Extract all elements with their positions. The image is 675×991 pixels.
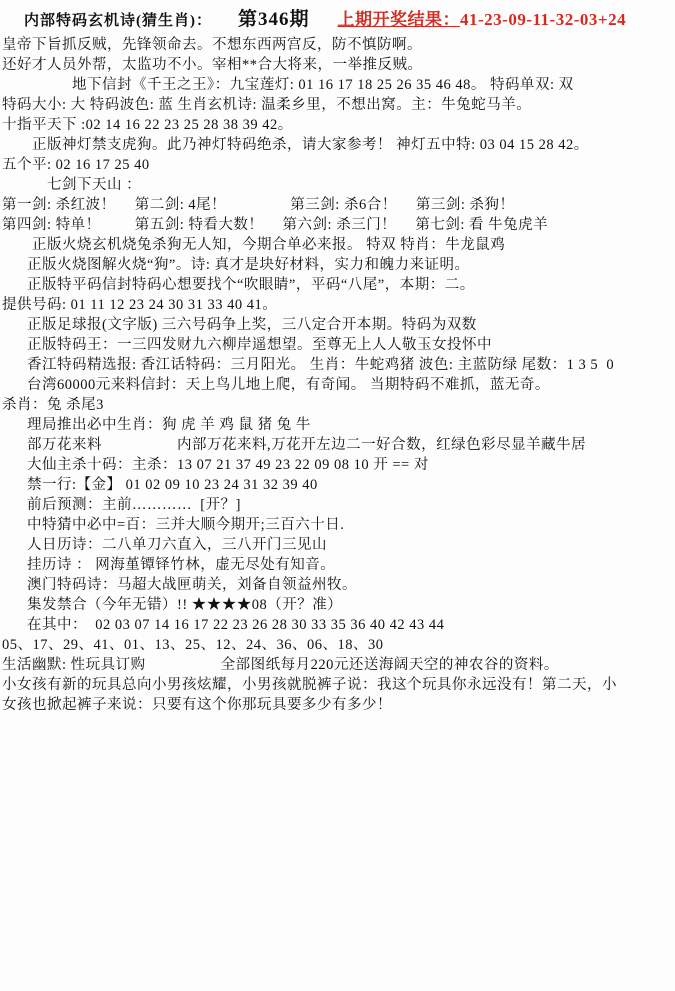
- text-line: 特码大小: 大 特码波色: 蓝 生肖玄机诗: 温柔乡里，不想出窝。主：牛兔蛇马羊…: [2, 95, 673, 115]
- text-line: 在其中： 02 03 07 14 16 17 22 23 26 28 30 33…: [2, 615, 673, 635]
- text-line: 正版特平码信封特码心想要找个“吹眼睛”，平码“八尾”，本期：二。: [2, 275, 673, 295]
- text-line: 女孩也掀起裤子来说：只要有这个你那玩具要多少有多少！: [2, 695, 673, 715]
- text-line: 提供号码: 01 11 12 23 24 30 31 33 40 41。: [2, 295, 673, 315]
- text-line: 香江特码精选报: 香江话特码：三月阳光。 生肖：牛蛇鸡猪 波色: 主蓝防绿 尾数…: [2, 355, 673, 375]
- text-line: 正版特码王：一三四发财九六柳岸遥想望。至尊无上人人敬玉女投怀中: [2, 335, 673, 355]
- text-line: 澳门特码诗：马超大战匣萌关，刘备自领益州牧。: [2, 575, 673, 595]
- text-line: 第四剑: 特单！ 第五剑: 特看大数！ 第六剑: 杀三门！ 第七剑: 看 牛兔虎…: [2, 215, 673, 235]
- text-line: 大仙主杀十码：主杀：13 07 21 37 49 23 22 09 08 10 …: [2, 455, 673, 475]
- text-line: 正版足球报(文字版) 三六号码争上奖，三八定合开本期。特码为双数: [2, 315, 673, 335]
- text-line: 人日历诗：二八单刀六直入，三八开门三见山: [2, 535, 673, 555]
- text-line: 正版火烧玄机烧兔杀狗无人知，今期合单必来报。 特双 特肖：牛龙鼠鸡: [2, 235, 673, 255]
- text-line: 正版火烧图解火烧“狗”。诗: 真才是块好材料，实力和魄力来证明。: [2, 255, 673, 275]
- text-line: 中特猜中必中=百：三并大顺今期开;三百六十日.: [2, 515, 673, 535]
- text-line: 台湾60000元来料信封：天上鸟儿地上爬，有奇闻。 当期特码不难抓，蓝无奇。: [2, 375, 673, 395]
- text-line: 地下信封《千王之王》：九宝莲灯: 01 16 17 18 25 26 35 46…: [2, 75, 673, 95]
- text-line: 挂历诗 ： 网海堇镡铎竹林，虚无尽处有知音。: [2, 555, 673, 575]
- text-line: 十指平天下 :02 14 16 22 23 25 28 38 39 42。: [2, 115, 673, 135]
- text-line: 第一剑: 杀红波！ 第二剑: 4尾！ 第三剑: 杀6合！ 第三剑: 杀狗！: [2, 195, 673, 215]
- issue-number: 第346期: [238, 4, 310, 31]
- page-title: 内部特码玄机诗(猜生肖)：: [24, 9, 212, 30]
- text-line: 前后预测：主前………… [开？]: [2, 495, 673, 515]
- text-line: 禁一行:【金】 01 02 09 10 23 24 31 32 39 40: [2, 475, 673, 495]
- text-line: 七剑下天山 ：: [2, 175, 673, 195]
- text-line: 生活幽默: 性玩具订购 全部图纸每月220元还送海阔天空的神农谷的资料。: [2, 655, 673, 675]
- text-line: 皇帝下旨抓反贼，先锋领命去。不想东西两宫反，防不慎防啊。: [2, 35, 673, 55]
- header-row: 内部特码玄机诗(猜生肖)： 第346期 上期开奖结果：41-23-09-11-3…: [0, 0, 675, 33]
- tip-sheet-page: 内部特码玄机诗(猜生肖)： 第346期 上期开奖结果：41-23-09-11-3…: [0, 0, 675, 991]
- text-line: 理局推出必中生肖：狗 虎 羊 鸡 鼠 猪 兔 牛: [2, 415, 673, 435]
- text-line: 部万花来料 内部万花来料,万花开左边二一好合数，红绿色彩尽显羊藏牛居: [2, 435, 673, 455]
- last-draw-result-label: 上期开奖结果：: [338, 10, 461, 29]
- text-line: 杀肖：兔 杀尾3: [2, 395, 673, 415]
- text-line: 小女孩有新的玩具总向小男孩炫耀，小男孩就脱裤子说：我这个玩具你永远没有！第二天，…: [2, 675, 673, 695]
- last-draw-result-numbers: 41-23-09-11-32-03+24: [460, 10, 626, 29]
- text-line: 集发禁合（今年无错）!! ★★★★08（开？准）: [2, 595, 673, 615]
- text-lines: 皇帝下旨抓反贼，先锋领命去。不想东西两宫反，防不慎防啊。还好才人员外帮，太监功不…: [0, 33, 675, 715]
- text-line: 还好才人员外帮，太监功不小。宰相**合大将来，一举推反贼。: [2, 55, 673, 75]
- text-line: 正版神灯禁支虎狗。此乃神灯特码绝杀，请大家参考！ 神灯五中特: 03 04 15…: [2, 135, 673, 155]
- text-line: 五个平: 02 16 17 25 40: [2, 155, 673, 175]
- text-line: 05、17、29、41、01、13、25、12、24、36、06、18、30: [2, 635, 673, 655]
- last-draw-result: 上期开奖结果：41-23-09-11-32-03+24: [338, 5, 627, 30]
